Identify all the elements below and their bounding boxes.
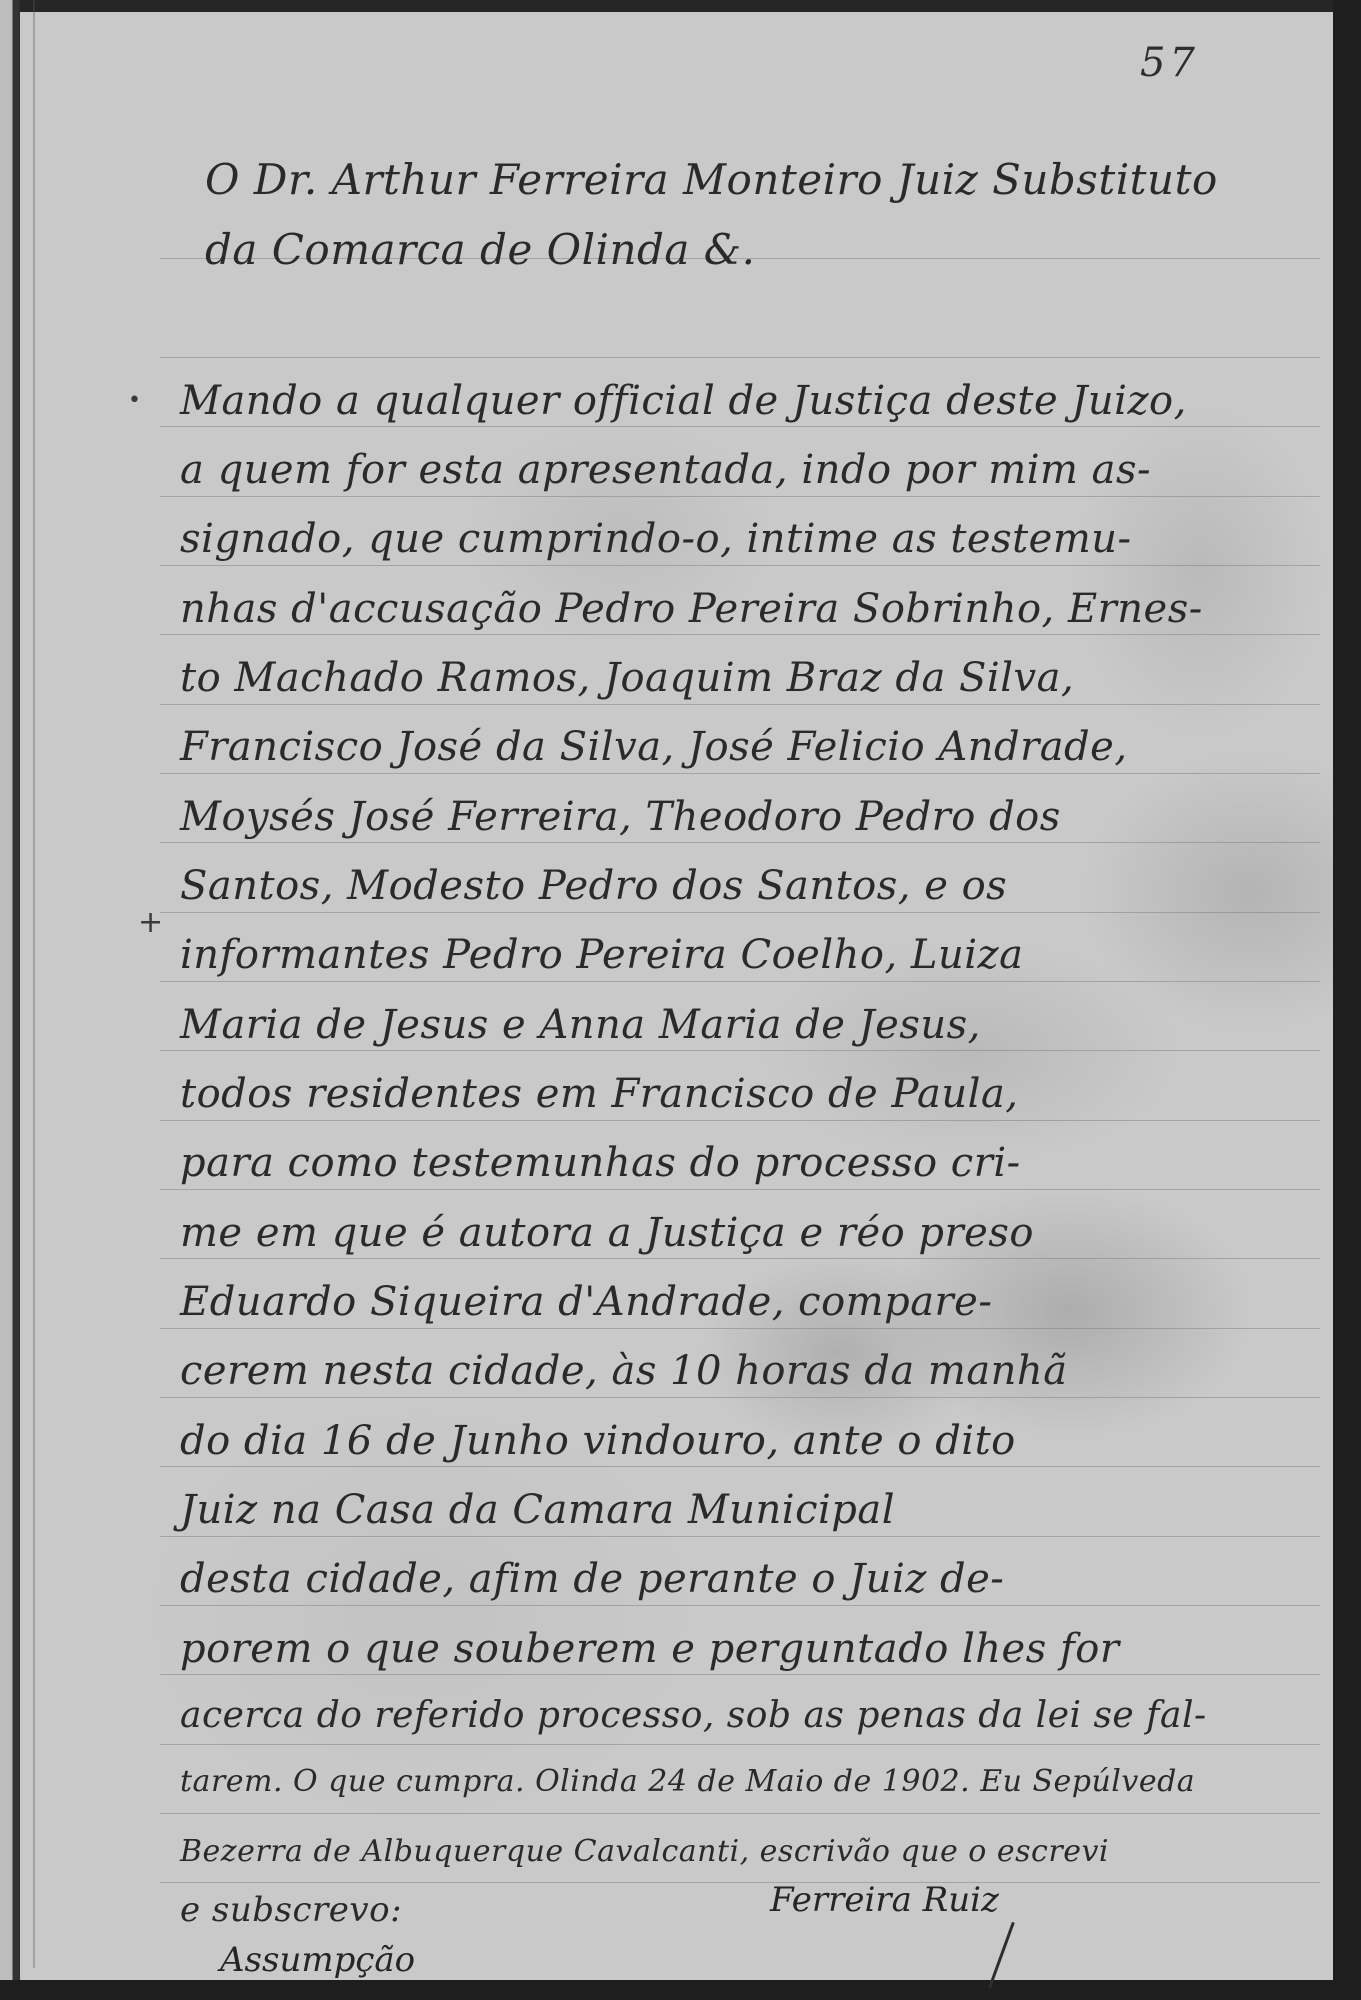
scribe-signature: Assumpção (220, 1940, 415, 1980)
body-line-9: informantes Pedro Pereira Coelho, Luiza (180, 932, 1023, 978)
body-line-19: porem o que souberem e perguntado lhes f… (180, 1626, 1119, 1672)
body-line-4: nhas d'accusação Pedro Pereira Sobrinho,… (180, 586, 1203, 632)
scan-right-edge (1333, 0, 1361, 2000)
page-number: 57 (1140, 40, 1199, 86)
ruled-line (160, 1882, 1320, 1883)
body-line-1: Mando a qualquer official de Justiça des… (180, 378, 1187, 424)
judge-signature: Ferreira Ruiz (770, 1880, 999, 1920)
body-line-14: Eduardo Siqueira d'Andrade, compare- (180, 1279, 992, 1325)
scan-top-edge (0, 0, 1361, 12)
body-line-23: e subscrevo: (180, 1890, 402, 1930)
body-line-6: Francisco José da Silva, José Felicio An… (180, 724, 1128, 770)
body-line-11: todos residentes em Francisco de Paula, (180, 1071, 1019, 1117)
ruled-line (160, 1674, 1320, 1675)
margin-cross-mark: + (138, 905, 163, 940)
ruled-line (160, 634, 1320, 635)
header-line-1: O Dr. Arthur Ferreira Monteiro Juiz Subs… (205, 155, 1218, 204)
body-line-2: a quem for esta apresentada, indo por mi… (180, 447, 1151, 493)
margin-dot-mark: • (128, 388, 141, 413)
body-line-22: Bezerra de Albuquerque Cavalcanti, escri… (180, 1834, 1109, 1869)
ruled-line (160, 1813, 1320, 1814)
ruled-line (160, 1189, 1320, 1190)
ruled-line (160, 1605, 1320, 1606)
ruled-line (160, 842, 1320, 843)
body-line-15: cerem nesta cidade, às 10 horas da manhã (180, 1348, 1068, 1394)
ruled-line (160, 1120, 1320, 1121)
document-scan: 57 O Dr. Arthur Ferreira Monteiro Juiz S… (0, 0, 1361, 2000)
ruled-line (160, 565, 1320, 566)
body-line-17: Juiz na Casa da Camara Municipal (180, 1487, 895, 1533)
body-line-12: para como testemunhas do processo cri- (180, 1140, 1021, 1186)
body-line-20: acerca do referido processo, sob as pena… (180, 1695, 1207, 1736)
ruled-line (160, 1258, 1320, 1259)
ruled-line (160, 1536, 1320, 1537)
body-line-8: Santos, Modesto Pedro dos Santos, e os (180, 863, 1007, 909)
body-line-10: Maria de Jesus e Anna Maria de Jesus, (180, 1002, 981, 1048)
ruled-line (160, 704, 1320, 705)
ruled-line (160, 1744, 1320, 1745)
body-line-3: signado, que cumprindo-o, intime as test… (180, 516, 1132, 562)
header-line-2: da Comarca de Olinda &. (205, 225, 756, 274)
ruled-line (160, 357, 1320, 358)
ruled-line (160, 1397, 1320, 1398)
ruled-line (160, 1328, 1320, 1329)
body-line-18: desta cidade, afim de perante o Juiz de- (180, 1556, 1004, 1602)
binding-edge (14, 0, 19, 2000)
ruled-line (160, 426, 1320, 427)
ruled-line (160, 1050, 1320, 1051)
body-line-5: to Machado Ramos, Joaquim Braz da Silva, (180, 655, 1074, 701)
body-line-21: tarem. O que cumpra. Olinda 24 de Maio d… (180, 1764, 1195, 1799)
page-margin-fold (33, 0, 35, 1968)
ruled-line (160, 981, 1320, 982)
manuscript-page (20, 12, 1341, 1980)
ruled-line (160, 773, 1320, 774)
body-line-13: me em que é autora a Justiça e réo preso (180, 1210, 1034, 1256)
ruled-line (160, 1466, 1320, 1467)
body-line-7: Moysés José Ferreira, Theodoro Pedro dos (180, 794, 1061, 840)
ruled-line (160, 912, 1320, 913)
ruled-line (160, 496, 1320, 497)
scan-bottom-edge (0, 1980, 1361, 2000)
body-line-16: do dia 16 de Junho vindouro, ante o dito (180, 1418, 1016, 1464)
